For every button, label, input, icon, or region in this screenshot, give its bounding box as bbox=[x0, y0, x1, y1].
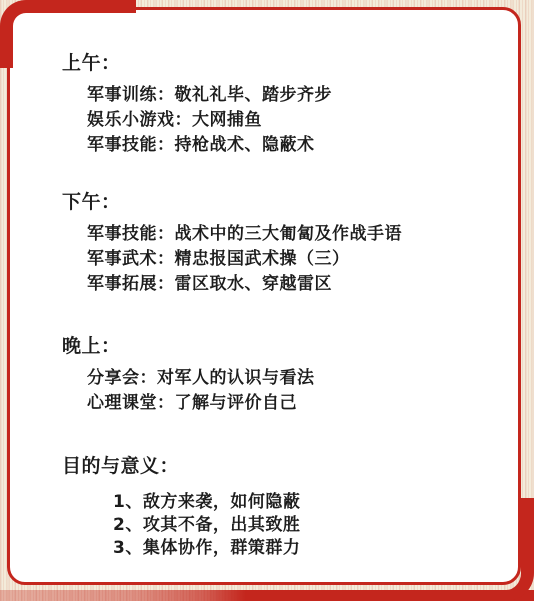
section-title: 下午： bbox=[62, 189, 503, 215]
section-title: 目的与意义： bbox=[62, 453, 503, 479]
schedule-item: 军事拓展：雷区取水、穿越雷区 bbox=[87, 272, 503, 297]
section-items: 军事技能：战术中的三大匍匐及作战手语 军事武术：精忠报国武术操（三） 军事拓展：… bbox=[62, 222, 503, 297]
section-items: 分享会：对军人的认识与看法 心理课堂：了解与评价自己 bbox=[62, 366, 503, 416]
section-title: 晚上： bbox=[62, 333, 503, 359]
top-left-corner-accent bbox=[0, 0, 136, 68]
bottom-right-corner-accent bbox=[314, 498, 534, 601]
schedule-item: 分享会：对军人的认识与看法 bbox=[87, 366, 503, 391]
section-items: 军事训练：敬礼礼毕、踏步齐步 娱乐小游戏：大网捕鱼 军事技能：持枪战术、隐蔽术 bbox=[62, 83, 503, 158]
schedule-item: 军事训练：敬礼礼毕、踏步齐步 bbox=[87, 83, 503, 108]
schedule-item: 军事技能：持枪战术、隐蔽术 bbox=[87, 133, 503, 158]
schedule-item: 心理课堂：了解与评价自己 bbox=[87, 391, 503, 416]
section-evening: 晚上： 分享会：对军人的认识与看法 心理课堂：了解与评价自己 bbox=[62, 333, 503, 416]
page-background: { "theme": { "accent_color": "#c4261d", … bbox=[0, 0, 534, 601]
schedule-item: 娱乐小游戏：大网捕鱼 bbox=[87, 108, 503, 133]
schedule-item: 军事技能：战术中的三大匍匐及作战手语 bbox=[87, 222, 503, 247]
schedule-item: 军事武术：精忠报国武术操（三） bbox=[87, 247, 503, 272]
section-afternoon: 下午： 军事技能：战术中的三大匍匐及作战手语 军事武术：精忠报国武术操（三） 军… bbox=[62, 189, 503, 297]
